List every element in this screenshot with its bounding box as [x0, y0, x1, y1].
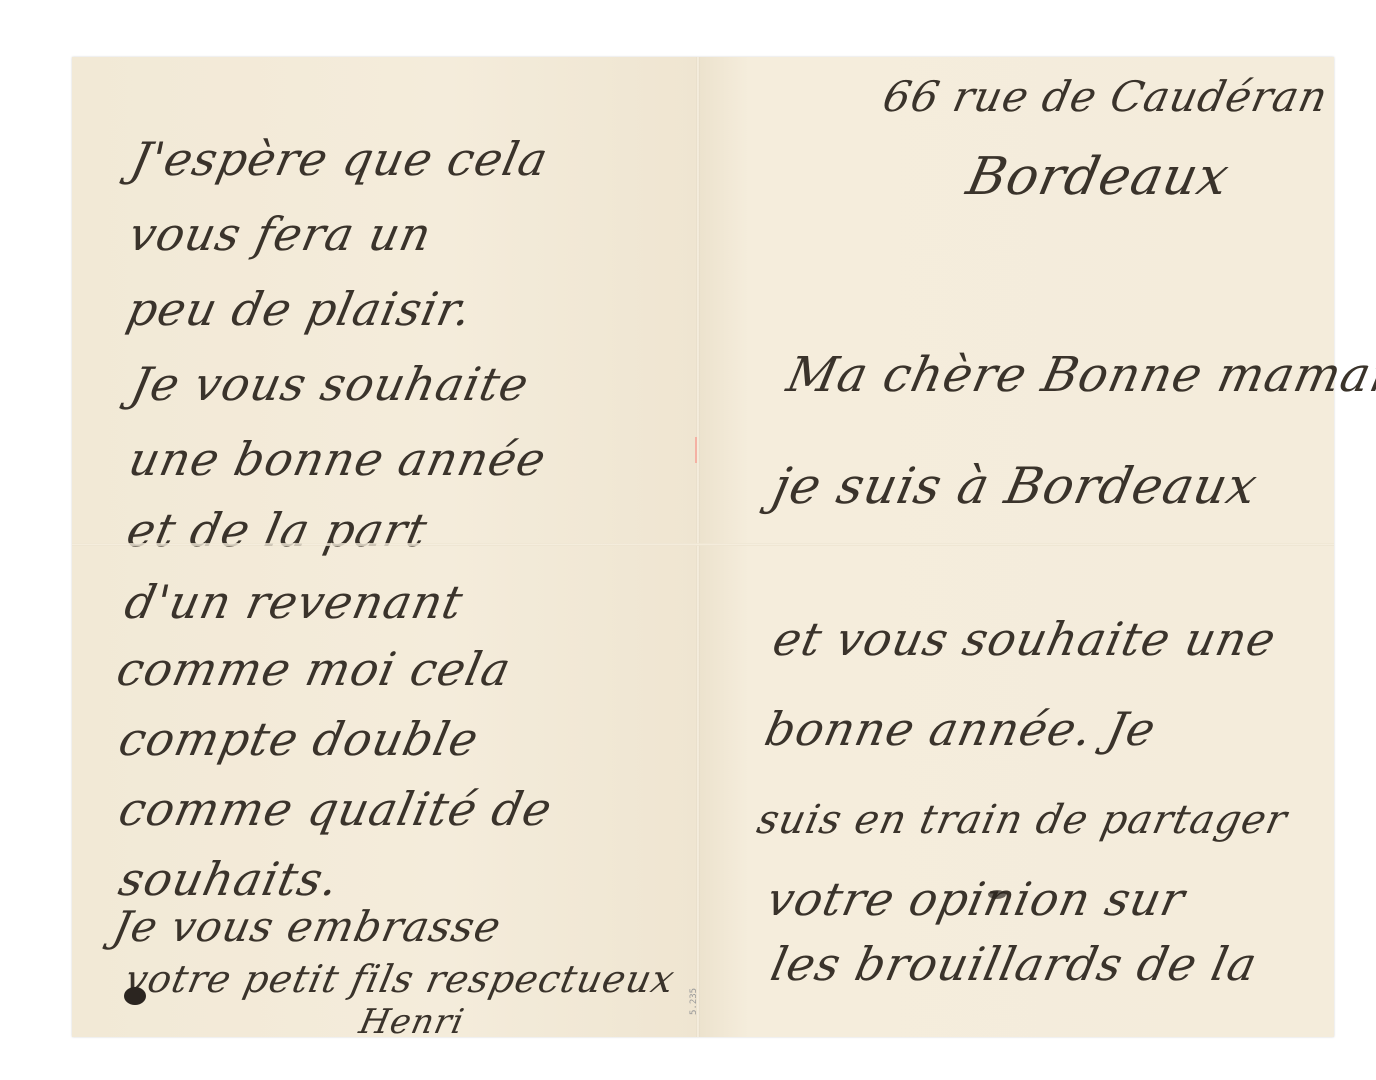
ink-blot: [124, 987, 146, 1005]
right-page: 66 rue de Caudéran Bordeaux Ma chère Bon…: [698, 57, 1334, 1037]
address-street: 66 rue de Caudéran: [879, 72, 1333, 121]
left-page: J'espère que cela vous fera un peu de pl…: [72, 57, 698, 1037]
letter-line: Ma chère Bonne maman,: [782, 347, 1376, 403]
letter-line: J'espère que cela: [126, 132, 553, 186]
letter-line: peu de plaisir.: [122, 282, 477, 336]
ink-smudge: [988, 890, 1006, 899]
letter-line: souhaits.: [114, 852, 344, 906]
letter-line: et de la part: [122, 503, 432, 557]
letter-line: comme moi cela: [112, 642, 516, 696]
letter-line: suis en train de partager: [753, 797, 1291, 843]
letter-line: et vous souhaite une: [768, 612, 1281, 666]
letter-line: compte double: [114, 712, 483, 766]
archive-stamp: 5.235: [689, 988, 699, 1015]
letter-line: d'un revenant: [120, 575, 468, 629]
letter-line: bonne année. Je: [760, 702, 1161, 756]
letter-line: Je vous souhaite: [126, 357, 534, 411]
letter-line: je suis à Bordeaux: [768, 457, 1263, 515]
letter-line: votre petit fils respectueux: [121, 957, 679, 1001]
letter-line: vous fera un: [124, 207, 437, 261]
letter-line: une bonne année: [124, 432, 551, 486]
address-city: Bordeaux: [962, 147, 1235, 207]
letter-sheet: J'espère que cela vous fera un peu de pl…: [72, 57, 1334, 1037]
letter-line: comme qualité de: [114, 782, 557, 836]
signature: Henri: [356, 1002, 468, 1042]
horizontal-fold: [72, 543, 1334, 546]
letter-line: Je vous embrasse: [109, 902, 506, 951]
red-mark: [695, 437, 697, 463]
letter-line: votre opinion sur: [762, 872, 1190, 926]
vertical-fold: [696, 57, 700, 1037]
letter-line: les brouillards de la: [766, 937, 1262, 991]
